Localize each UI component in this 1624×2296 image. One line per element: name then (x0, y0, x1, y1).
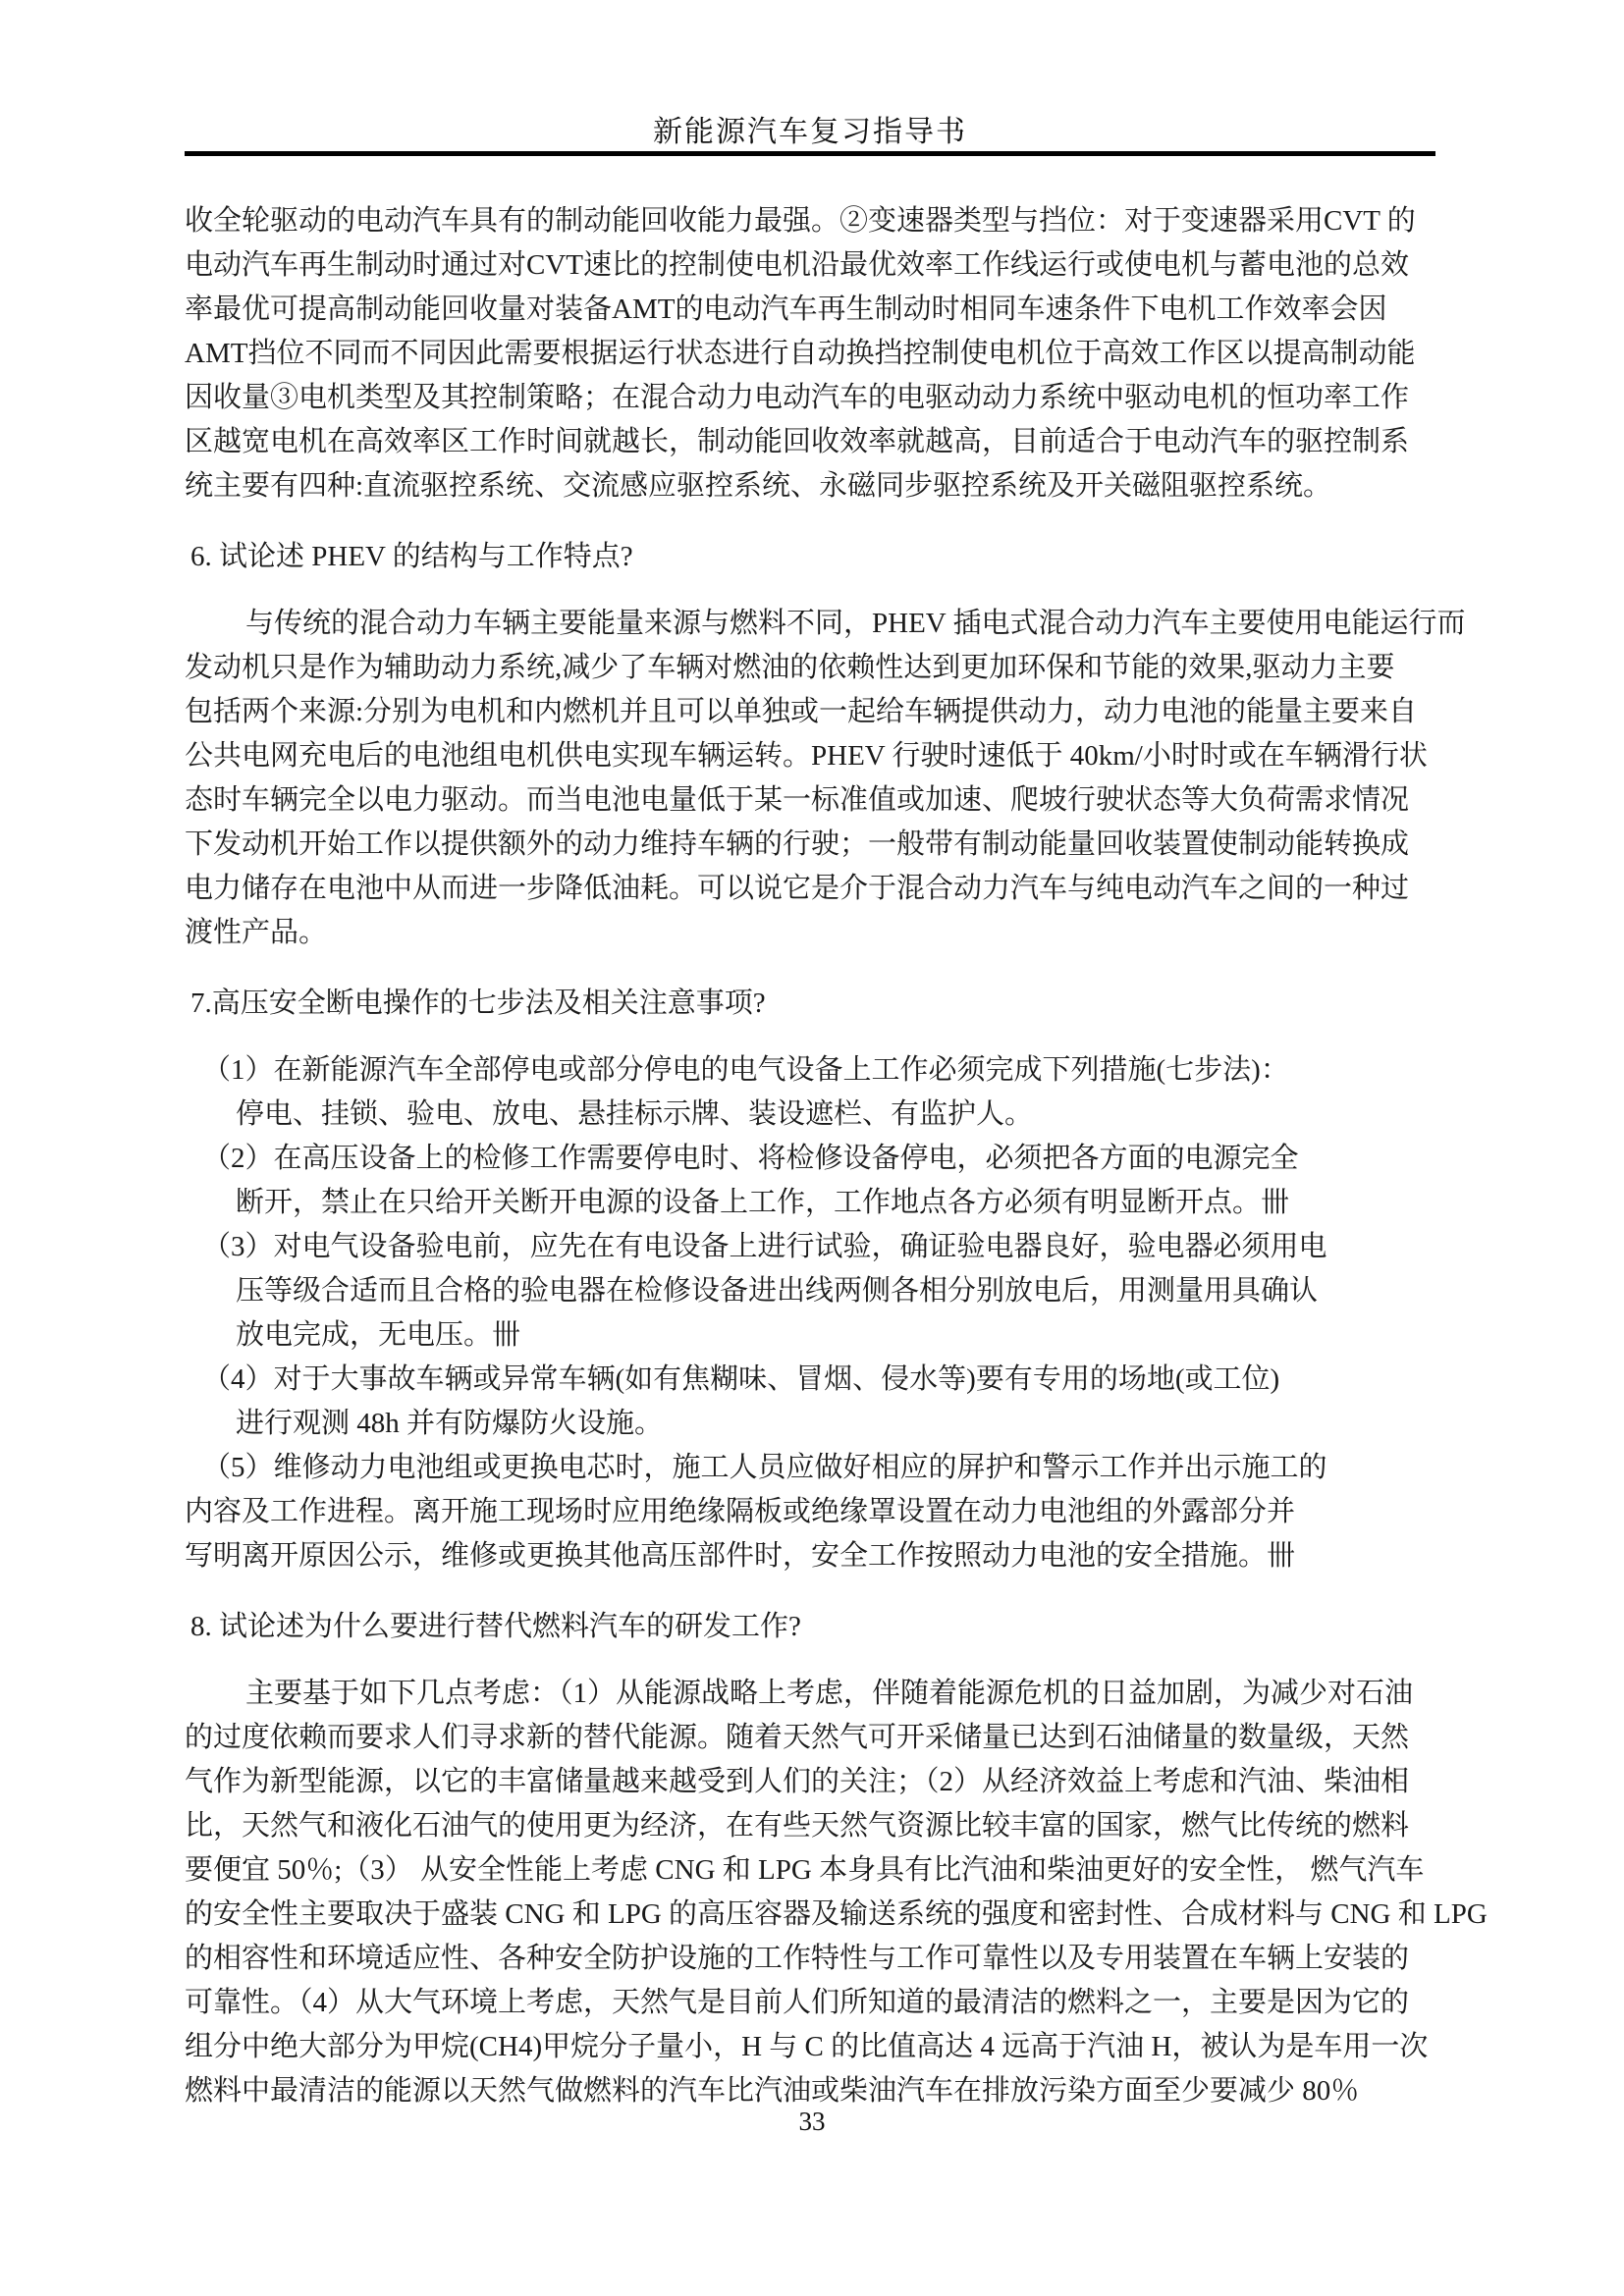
text-line: 收全轮驱动的电动汽车具有的制动能回收能力最强。②变速器类型与挡位：对于变速器采用… (185, 199, 1461, 243)
document-page: 新能源汽车复习指导书 收全轮驱动的电动汽车具有的制动能回收能力最强。②变速器类型… (0, 0, 1624, 2296)
text-line: 放电完成，无电压。卌 (185, 1313, 1461, 1358)
question-6-heading: 6. 试论述 PHEV 的结构与工作特点? (190, 535, 1461, 579)
paragraph-phev-answer: 与传统的混合动力车辆主要能量来源与燃料不同，PHEV 插电式混合动力汽车主要使用… (185, 602, 1461, 955)
seven-step-safety-list: （1）在新能源汽车全部停电或部分停电的电气设备上工作必须完成下列措施(七步法)：… (185, 1048, 1461, 1578)
text-line: （5）维修动力电池组或更换电芯时，施工人员应做好相应的屏护和警示工作并出示施工的 (185, 1446, 1461, 1490)
text-line: 的过度依赖而要求人们寻求新的替代能源。随着天然气可开采储量已达到石油储量的数量级… (185, 1716, 1461, 1760)
text-line: 包括两个来源:分别为电机和内燃机并且可以单独或一起给车辆提供动力，动力电池的能量… (185, 690, 1461, 734)
text-line: 发动机只是作为辅助动力系统,减少了车辆对燃油的依赖性达到更加环保和节能的效果,驱… (185, 646, 1461, 690)
text-line: 的相容性和环境适应性、各种安全防护设施的工作特性与工作可靠性以及专用装置在车辆上… (185, 1937, 1461, 1981)
text-line: 态时车辆完全以电力驱动。而当电池电量低于某一标准值或加速、爬坡行驶状态等大负荷需… (185, 778, 1461, 823)
text-line: 可靠性。（4）从大气环境上考虑，天然气是目前人们所知道的最清洁的燃料之一，主要是… (185, 1981, 1461, 2025)
text-line: 压等级合适而且合格的验电器在检修设备进出线两侧各相分别放电后，用测量用具确认 (185, 1269, 1461, 1313)
text-line: 断开，禁止在只给开关断开电源的设备上工作，工作地点各方必须有明显断开点。卌 (185, 1181, 1461, 1225)
question-7-heading: 7.高压安全断电操作的七步法及相关注意事项? (190, 982, 1461, 1026)
text-line: 比，天然气和液化石油气的使用更为经济，在有些天然气资源比较丰富的国家，燃气比传统… (185, 1804, 1461, 1848)
text-line: 要便宜 50％;（3） 从安全性能上考虑 CNG 和 LPG 本身具有比汽油和柴… (185, 1848, 1461, 1893)
text-line: 进行观测 48h 并有防爆防火设施。 (185, 1402, 1461, 1446)
paragraph-alternative-fuel-answer: 主要基于如下几点考虑：（1）从能源战略上考虑，伴随着能源危机的日益加剧，为减少对… (185, 1672, 1461, 2113)
text-line: 下发动机开始工作以提供额外的动力维持车辆的行驶；一般带有制动能量回收装置使制动能… (185, 823, 1461, 867)
text-line: 的安全性主要取决于盛装 CNG 和 LPG 的高压容器及输送系统的强度和密封性、… (185, 1893, 1461, 1937)
document-body: 收全轮驱动的电动汽车具有的制动能回收能力最强。②变速器类型与挡位：对于变速器采用… (185, 156, 1461, 2113)
text-line: 组分中绝大部分为甲烷(CH4)甲烷分子量小，H 与 C 的比值高达 4 远高于汽… (185, 2025, 1461, 2069)
text-line: 内容及工作进程。离开施工现场时应用绝缘隔板或绝缘罩设置在动力电池组的外露部分并 (185, 1490, 1461, 1534)
list-item: （5）维修动力电池组或更换电芯时，施工人员应做好相应的屏护和警示工作并出示施工的… (185, 1446, 1461, 1578)
header-title: 新能源汽车复习指导书 (185, 114, 1435, 151)
page-number: 33 (799, 2107, 826, 2136)
paragraph-braking-energy-recovery: 收全轮驱动的电动汽车具有的制动能回收能力最强。②变速器类型与挡位：对于变速器采用… (185, 199, 1461, 508)
list-item: （3）对电气设备验电前，应先在有电设备上进行试验，确证验电器良好，验电器必须用电… (185, 1225, 1461, 1358)
text-line: 与传统的混合动力车辆主要能量来源与燃料不同，PHEV 插电式混合动力汽车主要使用… (185, 602, 1461, 646)
text-line: 统主要有四种:直流驱控系统、交流感应驱控系统、永磁同步驱控系统及开关磁阻驱控系统… (185, 464, 1461, 508)
text-line: （4）对于大事故车辆或异常车辆(如有焦糊味、冒烟、侵水等)要有专用的场地(或工位… (185, 1358, 1461, 1402)
list-item: （1）在新能源汽车全部停电或部分停电的电气设备上工作必须完成下列措施(七步法)：… (185, 1048, 1461, 1137)
text-line: 公共电网充电后的电池组电机供电实现车辆运转。PHEV 行驶时速低于 40km/小… (185, 734, 1461, 778)
text-line: 主要基于如下几点考虑：（1）从能源战略上考虑，伴随着能源危机的日益加剧，为减少对… (185, 1672, 1461, 1716)
question-8-heading: 8. 试论述为什么要进行替代燃料汽车的研发工作? (190, 1605, 1461, 1649)
text-line: AMT挡位不同而不同因此需要根据运行状态进行自动换挡控制使电机位于高效工作区以提… (185, 332, 1461, 376)
text-line: （2）在高压设备上的检修工作需要停电时、将检修设备停电，必须把各方面的电源完全 (185, 1137, 1461, 1181)
text-line: 区越宽电机在高效率区工作时间就越长，制动能回收效率就越高，目前适合于电动汽车的驱… (185, 420, 1461, 464)
text-line: 电动汽车再生制动时通过对CVT速比的控制使电机沿最优效率工作线运行或使电机与蓄电… (185, 243, 1461, 288)
text-line: 写明离开原因公示，维修或更换其他高压部件时，安全工作按照动力电池的安全措施。卌 (185, 1534, 1461, 1578)
text-line: 电力储存在电池中从而进一步降低油耗。可以说它是介于混合动力汽车与纯电动汽车之间的… (185, 867, 1461, 911)
list-item: （4）对于大事故车辆或异常车辆(如有焦糊味、冒烟、侵水等)要有专用的场地(或工位… (185, 1358, 1461, 1446)
text-line: （1）在新能源汽车全部停电或部分停电的电气设备上工作必须完成下列措施(七步法)： (185, 1048, 1461, 1093)
page-footer: 33 (0, 2107, 1624, 2137)
list-item: （2）在高压设备上的检修工作需要停电时、将检修设备停电，必须把各方面的电源完全断… (185, 1137, 1461, 1225)
text-line: 气作为新型能源，以它的丰富储量越来越受到人们的关注；（2）从经济效益上考虑和汽油… (185, 1760, 1461, 1804)
text-line: 渡性产品。 (185, 911, 1461, 955)
text-line: 率最优可提高制动能回收量对装备AMT的电动汽车再生制动时相同车速条件下电机工作效… (185, 288, 1461, 332)
text-line: 因收量③电机类型及其控制策略；在混合动力电动汽车的电驱动动力系统中驱动电机的恒功… (185, 376, 1461, 420)
text-line: （3）对电气设备验电前，应先在有电设备上进行试验，确证验电器良好，验电器必须用电 (185, 1225, 1461, 1269)
text-line: 停电、挂锁、验电、放电、悬挂标示牌、装设遮栏、有监护人。 (185, 1093, 1461, 1137)
page-header: 新能源汽车复习指导书 (185, 0, 1435, 156)
